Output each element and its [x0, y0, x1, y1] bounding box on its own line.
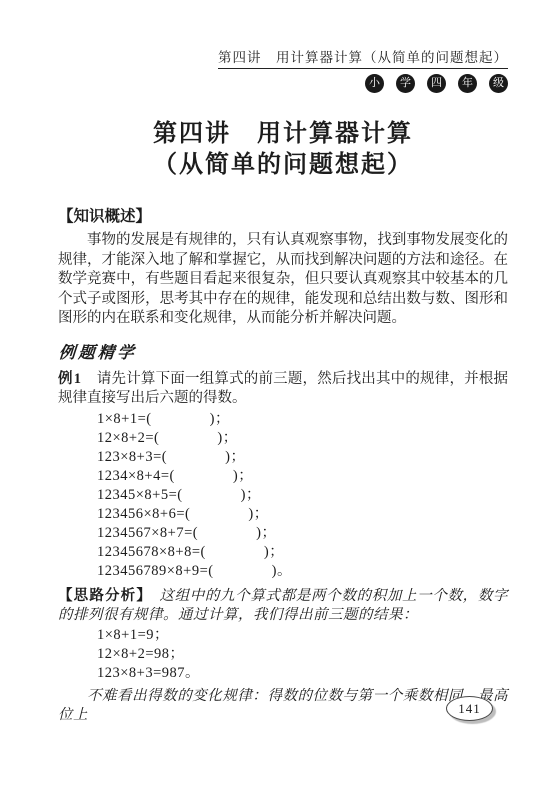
chapter-title-line1: 第四讲 用计算器计算 — [58, 119, 508, 150]
page-content: 第四讲 用计算器计算（从简单的问题想起） 小 学 四 年 级 第四讲 用计算器计… — [58, 46, 508, 726]
equation-end: ； — [215, 411, 230, 427]
knowledge-heading: 【知识概述】 — [58, 207, 508, 227]
page-header: 第四讲 用计算器计算（从简单的问题想起） 小 学 四 年 级 — [58, 46, 508, 93]
equation-row: 123456×8+6=()； — [97, 505, 508, 524]
equation-expr: 123×8+3= — [97, 449, 162, 465]
result-row: 1×8+1=9； — [97, 626, 508, 645]
analysis-paragraph: 【思路分析】 这组中的九个算式都是两个数的积加上一个数，数字的排列很有规律。通过… — [58, 587, 508, 626]
equation-expr: 12×8+2= — [97, 430, 154, 446]
example1-prompt-text: 请先计算下面一组算式的前三题，然后找出其中的规律，并根据规律直接写出后六题的得数… — [58, 371, 508, 407]
equation-row: 123×8+3=()； — [97, 448, 508, 467]
equation-expr: 123456789×8+9= — [97, 563, 208, 579]
grade-badge: 级 — [489, 74, 508, 93]
equation-row: 12345678×8+8=()； — [97, 543, 508, 562]
equation-list: 1×8+1=()； 12×8+2=()； 123×8+3=()； 1234×8+… — [58, 410, 508, 581]
equation-expr: 12345×8+5= — [97, 487, 177, 503]
equation-end: ； — [223, 430, 238, 446]
result-row: 123×8+3=987。 — [97, 664, 508, 683]
equation-end: ； — [246, 487, 261, 503]
analysis-text2: 不难看出得数的变化规律：得数的位数与第一个乘数相同，最高位上 — [58, 687, 508, 726]
knowledge-paragraph: 事物的发展是有规律的，只有认真观察事物，找到事物发展变化的规律，才能深入地了解和… — [58, 231, 508, 329]
book-page: 第四讲 用计算器计算（从简单的问题想起） 小 学 四 年 级 第四讲 用计算器计… — [0, 0, 559, 785]
example1-prompt: 例1 请先计算下面一组算式的前三题，然后找出其中的规律，并根据规律直接写出后六题… — [58, 370, 508, 409]
grade-badge: 年 — [458, 74, 477, 93]
equation-row: 1234×8+4=()； — [97, 467, 508, 486]
equation-end: ； — [238, 468, 253, 484]
equation-row: 1×8+1=()； — [97, 410, 508, 429]
analysis-results: 1×8+1=9； 12×8+2=98； 123×8+3=987。 — [58, 626, 508, 683]
grade-badge: 四 — [427, 74, 446, 93]
chapter-title: 第四讲 用计算器计算 （从简单的问题想起） — [58, 119, 508, 181]
chapter-title-line2: （从简单的问题想起） — [58, 150, 508, 181]
grade-badge: 学 — [396, 74, 415, 93]
running-title: 第四讲 用计算器计算（从简单的问题想起） — [218, 46, 508, 69]
examples-heading: 例题精学 — [58, 342, 137, 363]
equation-expr: 1×8+1= — [97, 411, 146, 427]
equation-end: ； — [230, 449, 245, 465]
equation-expr: 1234×8+4= — [97, 468, 170, 484]
equation-row: 123456789×8+9=()。 — [97, 562, 508, 581]
equation-expr: 12345678×8+8= — [97, 544, 201, 560]
analysis-heading: 【思路分析】 — [58, 588, 145, 604]
equation-row: 1234567×8+7=()； — [97, 524, 508, 543]
page-number-badge: 141 — [446, 696, 493, 721]
result-row: 12×8+2=98； — [97, 645, 508, 664]
equation-end: ； — [261, 525, 276, 541]
equation-end: ； — [269, 544, 284, 560]
equation-expr: 123456×8+6= — [97, 506, 185, 522]
grade-badge: 小 — [365, 74, 384, 93]
equation-end: ； — [254, 506, 269, 522]
equation-expr: 1234567×8+7= — [97, 525, 193, 541]
example1-label: 例1 — [58, 371, 82, 387]
equation-end: 。 — [277, 563, 292, 579]
equation-row: 12×8+2=()； — [97, 429, 508, 448]
equation-row: 12345×8+5=()； — [97, 486, 508, 505]
grade-badges: 小 学 四 年 级 — [58, 74, 508, 93]
